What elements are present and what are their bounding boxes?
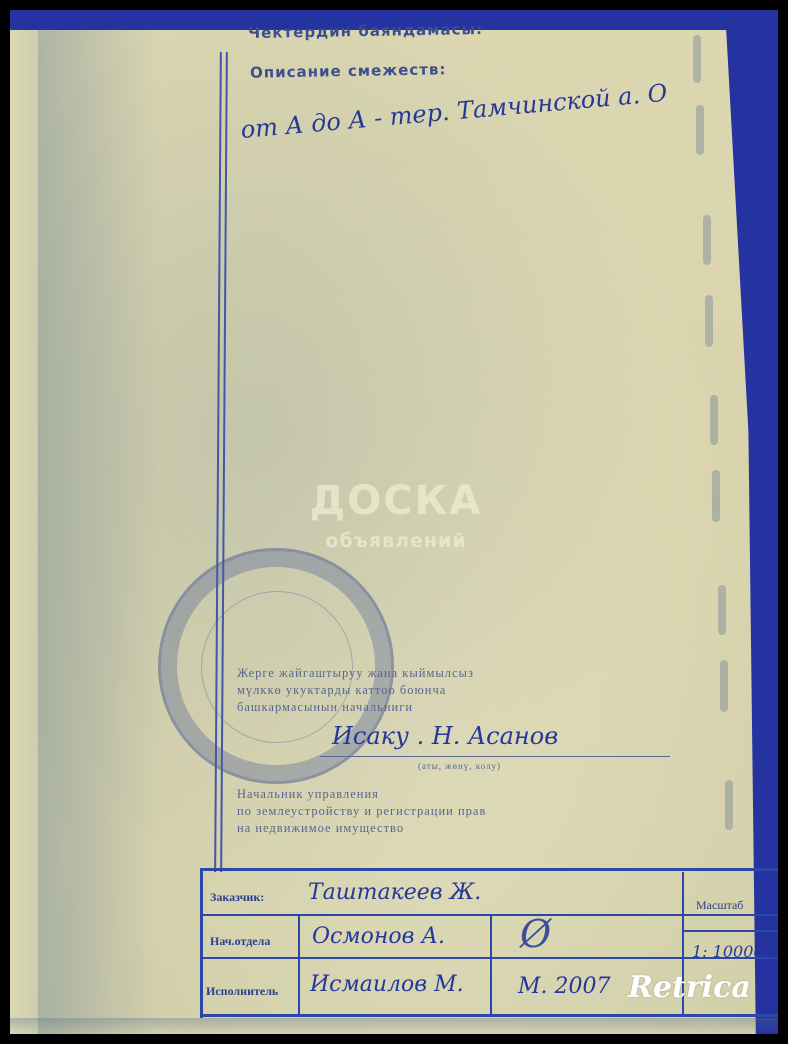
title-block-initials: Ø: [520, 912, 551, 956]
title-block-label-executor: Исполнитель: [206, 984, 278, 999]
signatory-russian-line-3: на недвижимое имущество: [237, 820, 486, 837]
signatory-kyrgyz-line-2: мүлккө укуктарды каттоо боюнча: [237, 682, 474, 699]
signatory-russian: Начальник управления по землеустройству …: [237, 786, 486, 837]
retrica-watermark: Retrica: [628, 970, 751, 1005]
document-photo: Чектердин баяндамасы: Описание смежеств:…: [10, 10, 778, 1034]
title-block-value-dept-head: Осмонов А.: [312, 924, 445, 949]
title-block-label-dept-head: Нач.отдела: [210, 934, 270, 949]
signatory-russian-line-2: по землеустройству и регистрации прав: [237, 803, 486, 820]
title-block-scale-label: Масштаб: [696, 898, 743, 913]
header-russian: Описание смежеств:: [250, 60, 447, 81]
signatory-kyrgyz-line-3: башкармасынын начальниги: [237, 699, 474, 716]
title-block-scale-value: 1: 10000: [692, 942, 764, 961]
watermark-title: ДОСКА: [296, 478, 496, 524]
signatory-kyrgyz-line-1: Жерге жайгаштыруу жана кыймылсыз: [237, 665, 474, 682]
title-block-value-executor: Исмаилов М.: [310, 972, 464, 997]
page-shadow: [38, 30, 158, 1034]
signatory-russian-line-1: Начальник управления: [237, 786, 486, 803]
title-block-value-customer: Таштакеев Ж.: [308, 880, 481, 905]
title-block-label-customer: Заказчик:: [210, 890, 264, 905]
watermark-subtitle: объявлений: [296, 530, 496, 552]
page-bottom-edge: [10, 1018, 778, 1034]
handwritten-signature: Исаку . Н. Асанов: [332, 722, 558, 750]
title-block-date: М. 2007: [518, 974, 611, 999]
signature-caption: (аты, жөнү, колу): [418, 758, 501, 775]
signatory-kyrgyz: Жерге жайгаштыруу жана кыймылсыз мүлккө …: [237, 665, 474, 716]
signature-line: [320, 756, 670, 757]
